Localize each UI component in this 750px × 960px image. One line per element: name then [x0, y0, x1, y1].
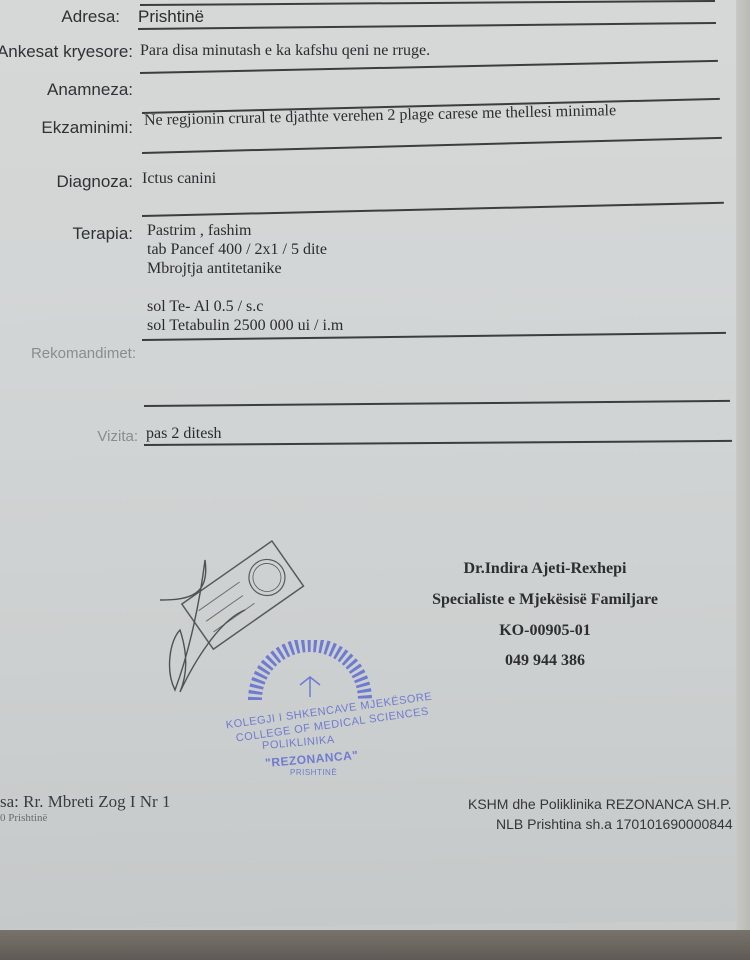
doctor-phone: 049 944 386 — [400, 652, 690, 670]
field-label-anamneza: Anamneza: — [47, 80, 133, 100]
terapia-line: Mbrojtja antitetanike — [147, 259, 343, 278]
field-value-adresa: Prishtinë — [138, 7, 204, 27]
terapia-line: sol Tetabulin 2500 000 ui / i.m — [147, 316, 343, 335]
page-edge — [736, 0, 750, 960]
doctor-license: KO-00905-01 — [400, 622, 690, 640]
footer-company: KSHM dhe Poliklinika REZONANCA SH.P. — [468, 796, 732, 812]
field-label-diagnoza: Diagnoza: — [56, 172, 133, 192]
footer-city: 0 Prishtinë — [0, 812, 47, 824]
field-label-terapia: Terapia: — [73, 224, 133, 244]
terapia-line: Pastrim , fashim — [147, 221, 343, 240]
terapia-line — [147, 278, 343, 297]
field-label-adresa: Adresa: — [61, 7, 120, 27]
field-label-ankesat: Ankesat kryesore: — [0, 42, 133, 62]
field-value-ankesat: Para disa minutash e ka kafshu qeni ne r… — [140, 42, 430, 60]
field-label-rekomandimet: Rekomandimet: — [31, 345, 136, 362]
footer-bank: NLB Prishtina sh.a 170101690000844 — [496, 816, 733, 832]
terapia-line: sol Te- Al 0.5 / s.c — [147, 297, 343, 316]
field-value-diagnoza: Ictus canini — [142, 170, 216, 188]
footer-address: sa: Rr. Mbreti Zog I Nr 1 — [0, 792, 170, 812]
doctor-name: Dr.Indira Ajeti-Rexhepi — [400, 560, 690, 578]
doctor-title: Specialiste e Mjekësisë Familjare — [400, 591, 690, 609]
table-surface — [0, 930, 750, 960]
field-label-ekzaminimi: Ekzaminimi: — [41, 118, 133, 138]
terapia-lines: Pastrim , fashim tab Pancef 400 / 2x1 / … — [147, 221, 343, 335]
terapia-line: tab Pancef 400 / 2x1 / 5 dite — [147, 240, 343, 259]
field-label-vizita: Vizita: — [97, 428, 138, 445]
stamp-line: PRISHTINË — [290, 768, 337, 777]
field-value-vizita: pas 2 ditesh — [146, 425, 222, 443]
